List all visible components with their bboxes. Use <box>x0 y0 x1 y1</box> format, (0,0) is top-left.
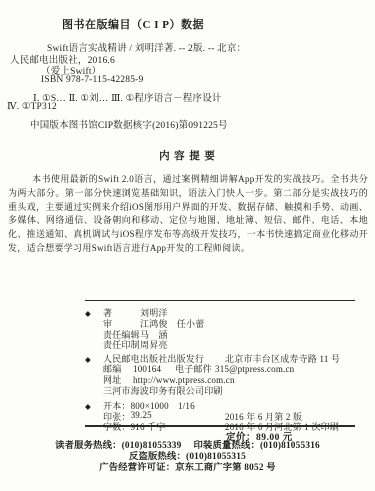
reviewer-row: 审 江鸿俊 任小蕾 <box>85 317 355 328</box>
printer-row: 三河市海波印务有限公司印刷 <box>85 384 355 395</box>
price-divider-rule <box>85 425 355 427</box>
editor-row: 责任编辑 马 涵 <box>85 328 355 339</box>
ad-license: 广告经营许可证：京东工商广字第 8052 号 <box>0 463 375 474</box>
book-copyright-page: 图书在版编目（C I P）数据 Swift语言实战精讲 / 刘明洋著. -- 2… <box>0 0 375 491</box>
cip-isbn-line: ISBN 978-7-115-42285-9 <box>41 75 143 85</box>
antipiracy-hotline: 反盗版热线：(010)81055315 <box>0 452 375 463</box>
diamond-bullet-icon: ◆ <box>85 355 103 364</box>
hotlines-block: 读者服务热线：(010)81055339印装质量热线：(010)81055316… <box>0 441 375 475</box>
cip-heading: 图书在版编目（C I P）数据 <box>62 16 204 32</box>
email-label: 电子邮件 <box>175 362 215 375</box>
postal-code: 100164 <box>133 364 175 374</box>
hotline-line-1: 读者服务热线：(010)81055339印装质量热线：(010)81055316 <box>0 441 375 452</box>
diamond-bullet-icon: ◆ <box>85 402 103 411</box>
print-supervisor-row: 责任印制 周昇亮 <box>85 338 355 349</box>
format-row: ◆ 开本： 800×1000 1/16 <box>85 399 355 410</box>
sheets-row: 印张：39.25 2016 年 6 月第 2 版 <box>85 410 355 421</box>
print-supervisor-label: 责任印制 <box>103 338 140 351</box>
cip-classification-line-2: Ⅳ. ①TP312 <box>7 101 57 112</box>
cip-classification-line-1: Ⅰ. ①S… Ⅱ. ①刘… Ⅲ. ①程序语言－程序设计 <box>33 90 222 104</box>
quality-hotline: 印装质量热线：(010)81055316 <box>194 441 320 451</box>
abstract-body: 本书使用最新的Swift 2.0语言，通过案例精细讲解App开发的实战技巧。全书… <box>8 173 368 256</box>
author-row: ◆ 著 刘明洋 <box>85 306 355 317</box>
reader-hotline: 读者服务热线：(010)81055339 <box>55 441 181 451</box>
diamond-bullet-icon: ◆ <box>85 309 103 318</box>
print-supervisor-name: 周昇亮 <box>140 338 168 351</box>
abstract-heading: 内 容 提 要 <box>0 148 375 163</box>
printer-name: 三河市海波印务有限公司印刷 <box>103 384 223 397</box>
cip-record-number: 中国版本图书馆CIP数据核字(2016)第091225号 <box>30 117 228 131</box>
email-value: 315@ptpress.com.cn <box>215 364 294 374</box>
colophon-block: ◆ 著 刘明洋 审 江鸿俊 任小蕾 责任编辑 马 涵 责任印制 周昇亮 ◆ 人民… <box>85 300 355 431</box>
website-row: 网址 http://www.ptpress.com.cn <box>85 373 355 384</box>
publisher-row: ◆ 人民邮电出版社出版发行 北京市丰台区成寿寺路 11 号 <box>85 352 355 363</box>
publisher-address: 北京市丰台区成寿寺路 11 号 <box>225 352 340 365</box>
